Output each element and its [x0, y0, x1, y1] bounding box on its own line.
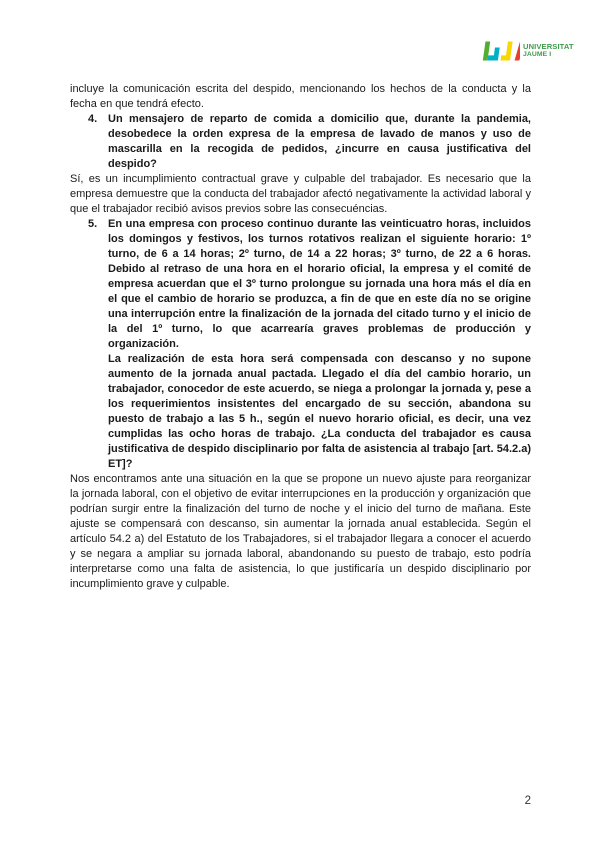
document-body: incluye la comunicación escrita del desp…	[70, 82, 531, 592]
question-4-number: 4.	[88, 112, 97, 127]
logo-wordmark-line1: UNIVERSITAT	[523, 43, 574, 51]
page-number: 2	[70, 795, 531, 807]
uji-logo-mark-icon	[482, 39, 520, 63]
document-page: UNIVERSITAT JAUME I incluye la comunicac…	[0, 0, 600, 848]
intro-paragraph: incluye la comunicación escrita del desp…	[70, 82, 531, 112]
answer-4-paragraph: Sí, es un incumplimiento contractual gra…	[70, 172, 531, 217]
question-4-text: Un mensajero de reparto de comida a domi…	[108, 112, 531, 172]
question-5-text-part1: En una empresa con proceso continuo dura…	[108, 217, 531, 352]
answer-5-paragraph: Nos encontramos ante una situación en la…	[70, 472, 531, 592]
question-5-text-part2: La realización de esta hora será compens…	[108, 352, 531, 472]
question-item-5: 5. En una empresa con proceso continuo d…	[70, 217, 531, 472]
question-item-4: 4. Un mensajero de reparto de comida a d…	[70, 112, 531, 172]
logo-wordmark-line2: JAUME I	[523, 52, 574, 59]
uji-logo: UNIVERSITAT JAUME I	[482, 39, 574, 63]
question-5-number: 5.	[88, 217, 97, 232]
